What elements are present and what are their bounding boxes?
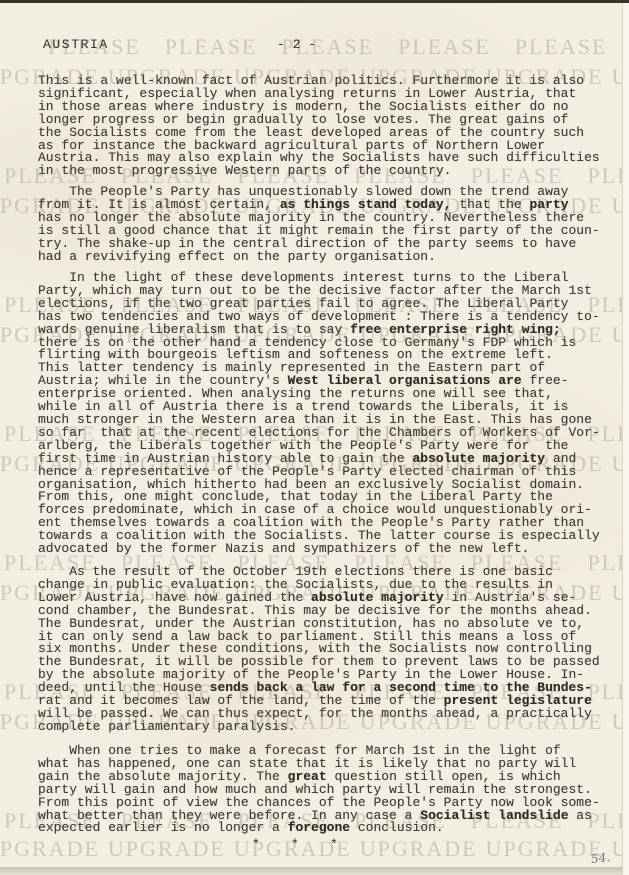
- paragraph-4: As the result of the October 19th electi…: [38, 566, 600, 734]
- page-number: - 2 -: [277, 39, 316, 52]
- watermark-word: UPGRADE: [612, 322, 622, 348]
- watermark-word: PLEASE: [398, 34, 491, 60]
- watermark-word: UPGRADE: [108, 836, 226, 862]
- page-header-title: AUSTRIA: [43, 39, 109, 52]
- scanned-document-page: PLEASEPLEASEPLEASEPLEASEPLEASEPLEASEUPGR…: [0, 0, 629, 875]
- watermark-word: UPGRADE: [0, 836, 100, 862]
- watermark-word: UPGRADE: [612, 193, 622, 219]
- watermark-word: UPGRADE: [612, 709, 622, 735]
- paragraph-3: In the light of these developments inter…: [38, 272, 600, 556]
- watermark-word: PLEASE: [165, 34, 258, 60]
- watermark-row-please: PLEASEPLEASEPLEASEPLEASEPLEASEPLEASE: [48, 34, 622, 60]
- watermark-word: UPGRADE: [360, 836, 478, 862]
- handwritten-page-number: 54.: [590, 850, 610, 866]
- watermark-word: UPGRADE: [486, 836, 604, 862]
- watermark-word: UPGRADE: [612, 836, 622, 862]
- watermark-word: UPGRADE: [612, 64, 622, 90]
- watermark-word: UPGRADE: [612, 451, 622, 477]
- paragraph-2: The People's Party has unquestionably sl…: [38, 186, 600, 263]
- watermark-word: PLEASE: [515, 34, 608, 60]
- paragraph-1: This is a well-known fact of Austrian po…: [38, 75, 600, 178]
- paper-bottom-edge: [0, 867, 622, 875]
- asterisk-separator: * * *: [252, 839, 338, 852]
- paragraph-5: When one tries to make a forecast for Ma…: [38, 745, 600, 835]
- paper-right-edge: [622, 3, 629, 875]
- scan-top-edge: [0, 0, 629, 3]
- watermark-word: UPGRADE: [612, 580, 622, 606]
